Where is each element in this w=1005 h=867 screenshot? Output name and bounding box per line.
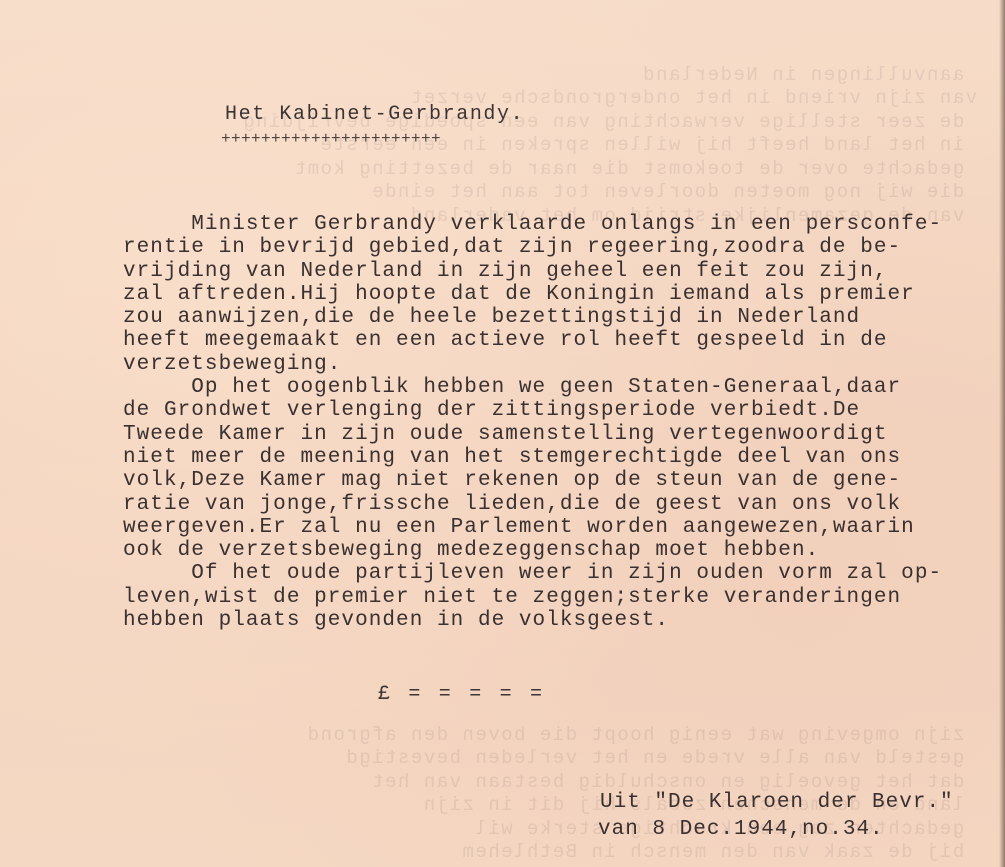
- text-line: Minister Gerbrandy verklaarde onlangs in…: [123, 213, 1003, 236]
- document-title: Het Kabinet-Gerbrandy.: [225, 103, 524, 126]
- text-line: Of het oude partijleven weer in zijn oud…: [123, 562, 1003, 585]
- text-line: niet meer de meening van het stemgerecht…: [123, 446, 1003, 469]
- text-line: hebben plaats gevonden in de volksgeest.: [123, 609, 1003, 632]
- text-line: weergeven.Er zal nu een Parlement worden…: [123, 516, 1003, 539]
- text-line: leven,wist de premier niet te zeggen;ste…: [123, 586, 1003, 609]
- title-underline-plus-rule: ++++++++++++++++++++++: [221, 130, 441, 148]
- text-line: zal aftreden.Hij hoopte dat de Koningin …: [123, 283, 1003, 306]
- text-line: zou aanwijzen,die de heele bezettingstij…: [123, 306, 1003, 329]
- section-separator: £ = = = = =: [378, 683, 545, 706]
- text-line: volk,Deze Kamer mag niet rekenen op de s…: [123, 469, 1003, 492]
- text-line: rentie in bevrijd gebied,dat zijn regeer…: [123, 236, 1003, 259]
- text-line: heeft meegemaakt en een actieve rol heef…: [123, 329, 1003, 352]
- article-body: Minister Gerbrandy verklaarde onlangs in…: [123, 213, 1003, 632]
- document-content: Het Kabinet-Gerbrandy. +++++++++++++++++…: [0, 0, 1005, 867]
- text-line: vrijding van Nederland in zijn geheel ee…: [123, 260, 1003, 283]
- text-line: ratie van jonge,frissche lieden,die de g…: [123, 493, 1003, 516]
- text-line: de Grondwet verlenging der zittingsperio…: [123, 399, 1003, 422]
- source-line-2: van 8 Dec.1944,no.34.: [598, 816, 954, 843]
- paragraph-2: Op het oogenblik hebben we geen Staten-G…: [123, 376, 1003, 562]
- typewritten-page: aanvullingen in Nederland van zijn vrien…: [0, 0, 1005, 867]
- paragraph-1: Minister Gerbrandy verklaarde onlangs in…: [123, 213, 1003, 376]
- text-line: ook de verzetsbeweging medezeggenschap m…: [123, 539, 1003, 562]
- source-line-1: Uit "De Klaroen der Bevr.": [600, 789, 954, 816]
- text-line: Op het oogenblik hebben we geen Staten-G…: [123, 376, 1003, 399]
- text-line: Tweede Kamer in zijn oude samenstelling …: [123, 423, 1003, 446]
- source-citation: Uit "De Klaroen der Bevr." van 8 Dec.194…: [600, 789, 954, 843]
- paragraph-3: Of het oude partijleven weer in zijn oud…: [123, 562, 1003, 632]
- text-line: verzetsbeweging.: [123, 353, 1003, 376]
